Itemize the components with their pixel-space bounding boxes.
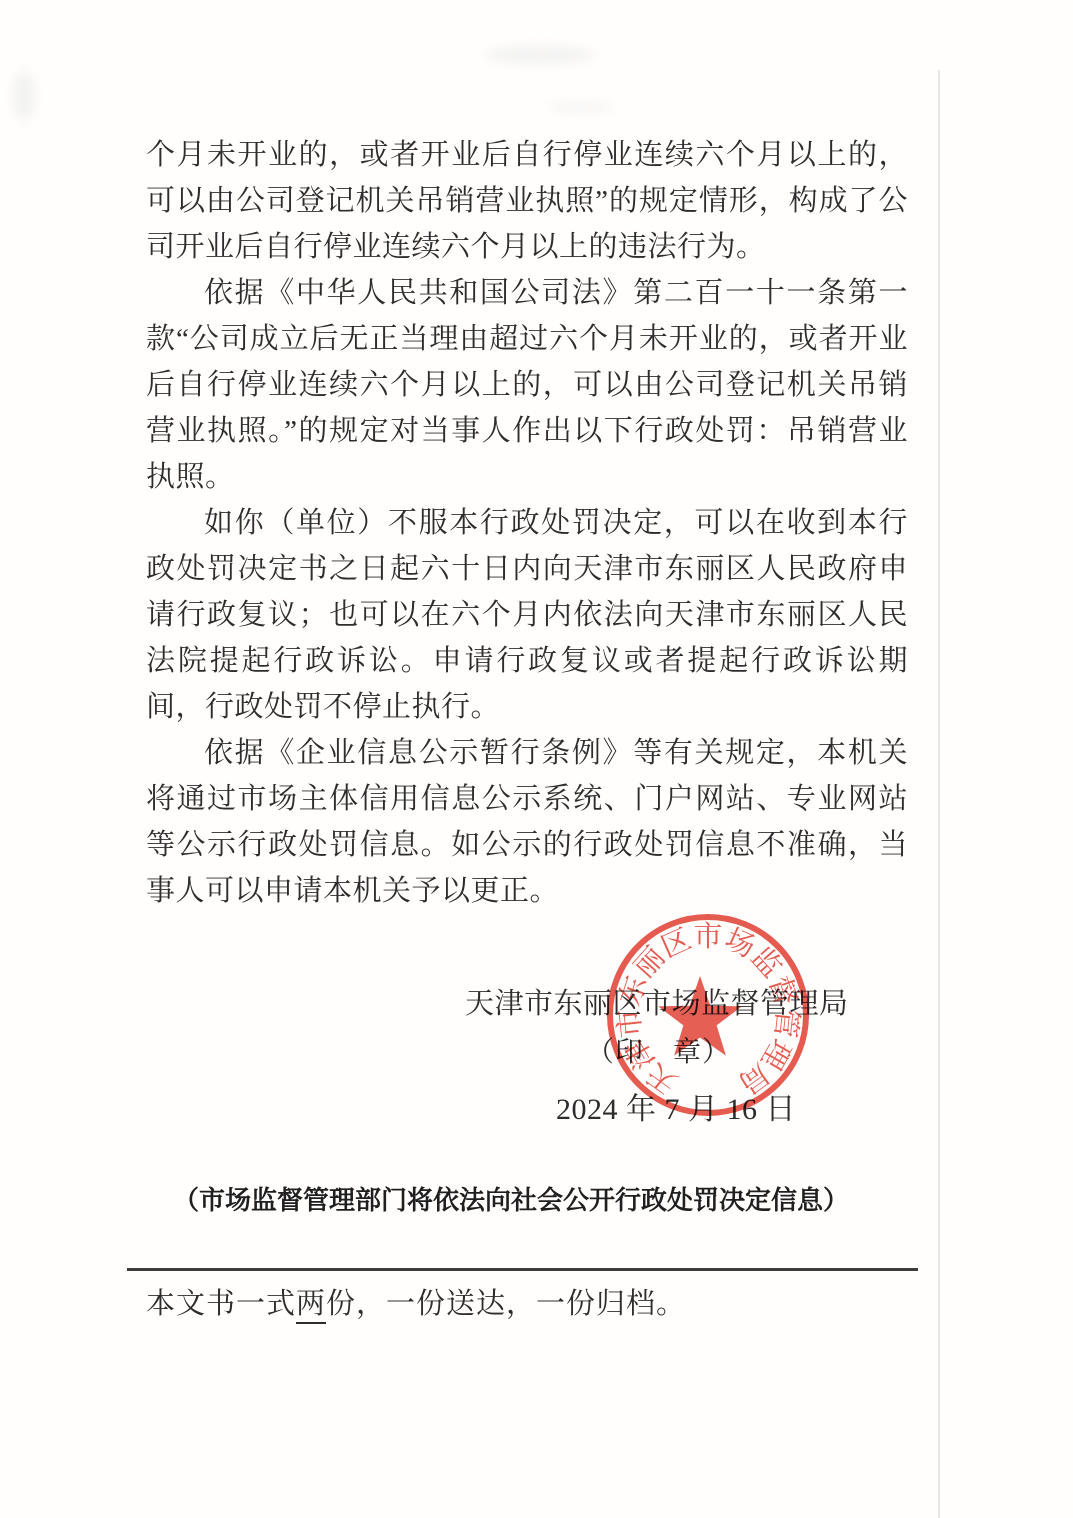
seal-note: （印 章） — [586, 1030, 731, 1070]
divider-line — [127, 1268, 918, 1271]
scan-smudge — [12, 70, 36, 122]
seal-arc-char: 理 — [754, 1033, 796, 1074]
seal-arc-char: 市 — [693, 920, 722, 953]
issue-date: 2024 年 7 月 16 日 — [556, 1084, 796, 1128]
public-disclosure-note: （市场监督管理部门将依法向社会公开行政处罚决定信息） — [173, 1180, 849, 1217]
copies-note-after: 份，一份送达，一份归档。 — [326, 1288, 686, 1320]
paragraph-appeal-rights: 如你（单位）不服本行政处罚决定，可以在收到本行政处罚决定书之日起六十日内向天津市… — [146, 500, 908, 730]
paragraph-continuation: 个月未开业的，或者开业后自行停业连续六个月以上的，可以由公司登记机关吊销营业执照… — [146, 132, 908, 270]
scan-smudge — [548, 100, 614, 114]
seal-arc-char: 场 — [720, 922, 760, 964]
paragraph-publicity: 依据《企业信息公示暂行条例》等有关规定，本机关将通过市场主体信用信息公示系统、门… — [146, 730, 908, 914]
seal-arc-char: 区 — [657, 923, 697, 964]
body-text: 个月未开业的，或者开业后自行停业连续六个月以上的，可以由公司登记机关吊销营业执照… — [146, 132, 908, 914]
copies-note-before: 本文书一式 — [146, 1288, 296, 1320]
scan-edge-line — [938, 70, 940, 1518]
seal-arc-char: 监 — [744, 941, 788, 985]
scan-smudge — [485, 45, 595, 65]
document-page: 个月未开业的，或者开业后自行停业连续六个月以上的，可以由公司登记机关吊销营业执照… — [0, 0, 1073, 1518]
copies-note: 本文书一式两份，一份送达，一份归档。 — [146, 1281, 686, 1322]
agency-name: 天津市东丽区市场监督管理局 — [465, 981, 849, 1022]
copies-note-underlined: 两 — [296, 1288, 326, 1324]
paragraph-legal-basis: 依据《中华人民共和国公司法》第二百一十一条第一款“公司成立后无正当理由超过六个月… — [146, 270, 908, 500]
seal-arc-char: 丽 — [628, 941, 671, 984]
